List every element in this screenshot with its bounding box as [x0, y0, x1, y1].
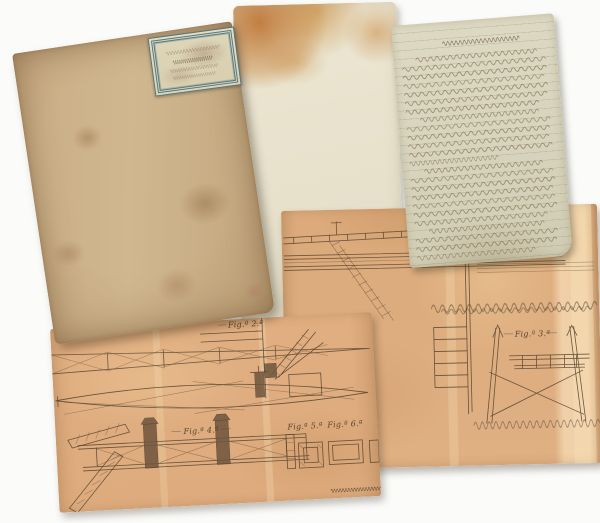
handwriting-lines [402, 48, 561, 260]
fig5-label: Fig.ª 5.ª [286, 421, 323, 432]
fig4-caption: Fig.ª 4.ª [182, 425, 219, 436]
cover-label [148, 27, 242, 97]
embankment-hatching [330, 240, 394, 321]
photo-of-antique-documents: Fig.ª 3.ª [0, 0, 600, 523]
folder-cover [12, 21, 275, 345]
drawing-left-artwork: Fig.ª 2.ª Fig.ª 4.ª Fig.ª 5.ª Fig.ª 6.ª [50, 312, 381, 513]
fig6-caption: Fig.ª 6.ª [326, 419, 363, 430]
fold-crease [152, 323, 169, 507]
draftsman-signature [331, 487, 381, 493]
pile-detail-figure [65, 423, 133, 513]
fig2-label: Fig.ª 2.ª [218, 319, 264, 330]
manuscript-page [391, 13, 573, 268]
beam-sections-figure [286, 430, 380, 469]
manuscript-handwriting [391, 13, 573, 268]
fig6-label: Fig.ª 6.ª [326, 419, 363, 430]
fold-crease [258, 318, 275, 502]
drawing-sheet-left: Fig.ª 2.ª Fig.ª 4.ª Fig.ª 5.ª Fig.ª 6.ª [50, 312, 381, 513]
fig3-caption: Fig.ª 3.ª [514, 329, 551, 339]
truss-elevation-figure [77, 410, 309, 472]
manuscript-heading [442, 36, 519, 46]
fig3-label: Fig.ª 3.ª [504, 329, 557, 339]
fig2-caption: Fig.ª 2.ª [227, 319, 264, 330]
fig5-caption: Fig.ª 5.ª [286, 421, 323, 432]
